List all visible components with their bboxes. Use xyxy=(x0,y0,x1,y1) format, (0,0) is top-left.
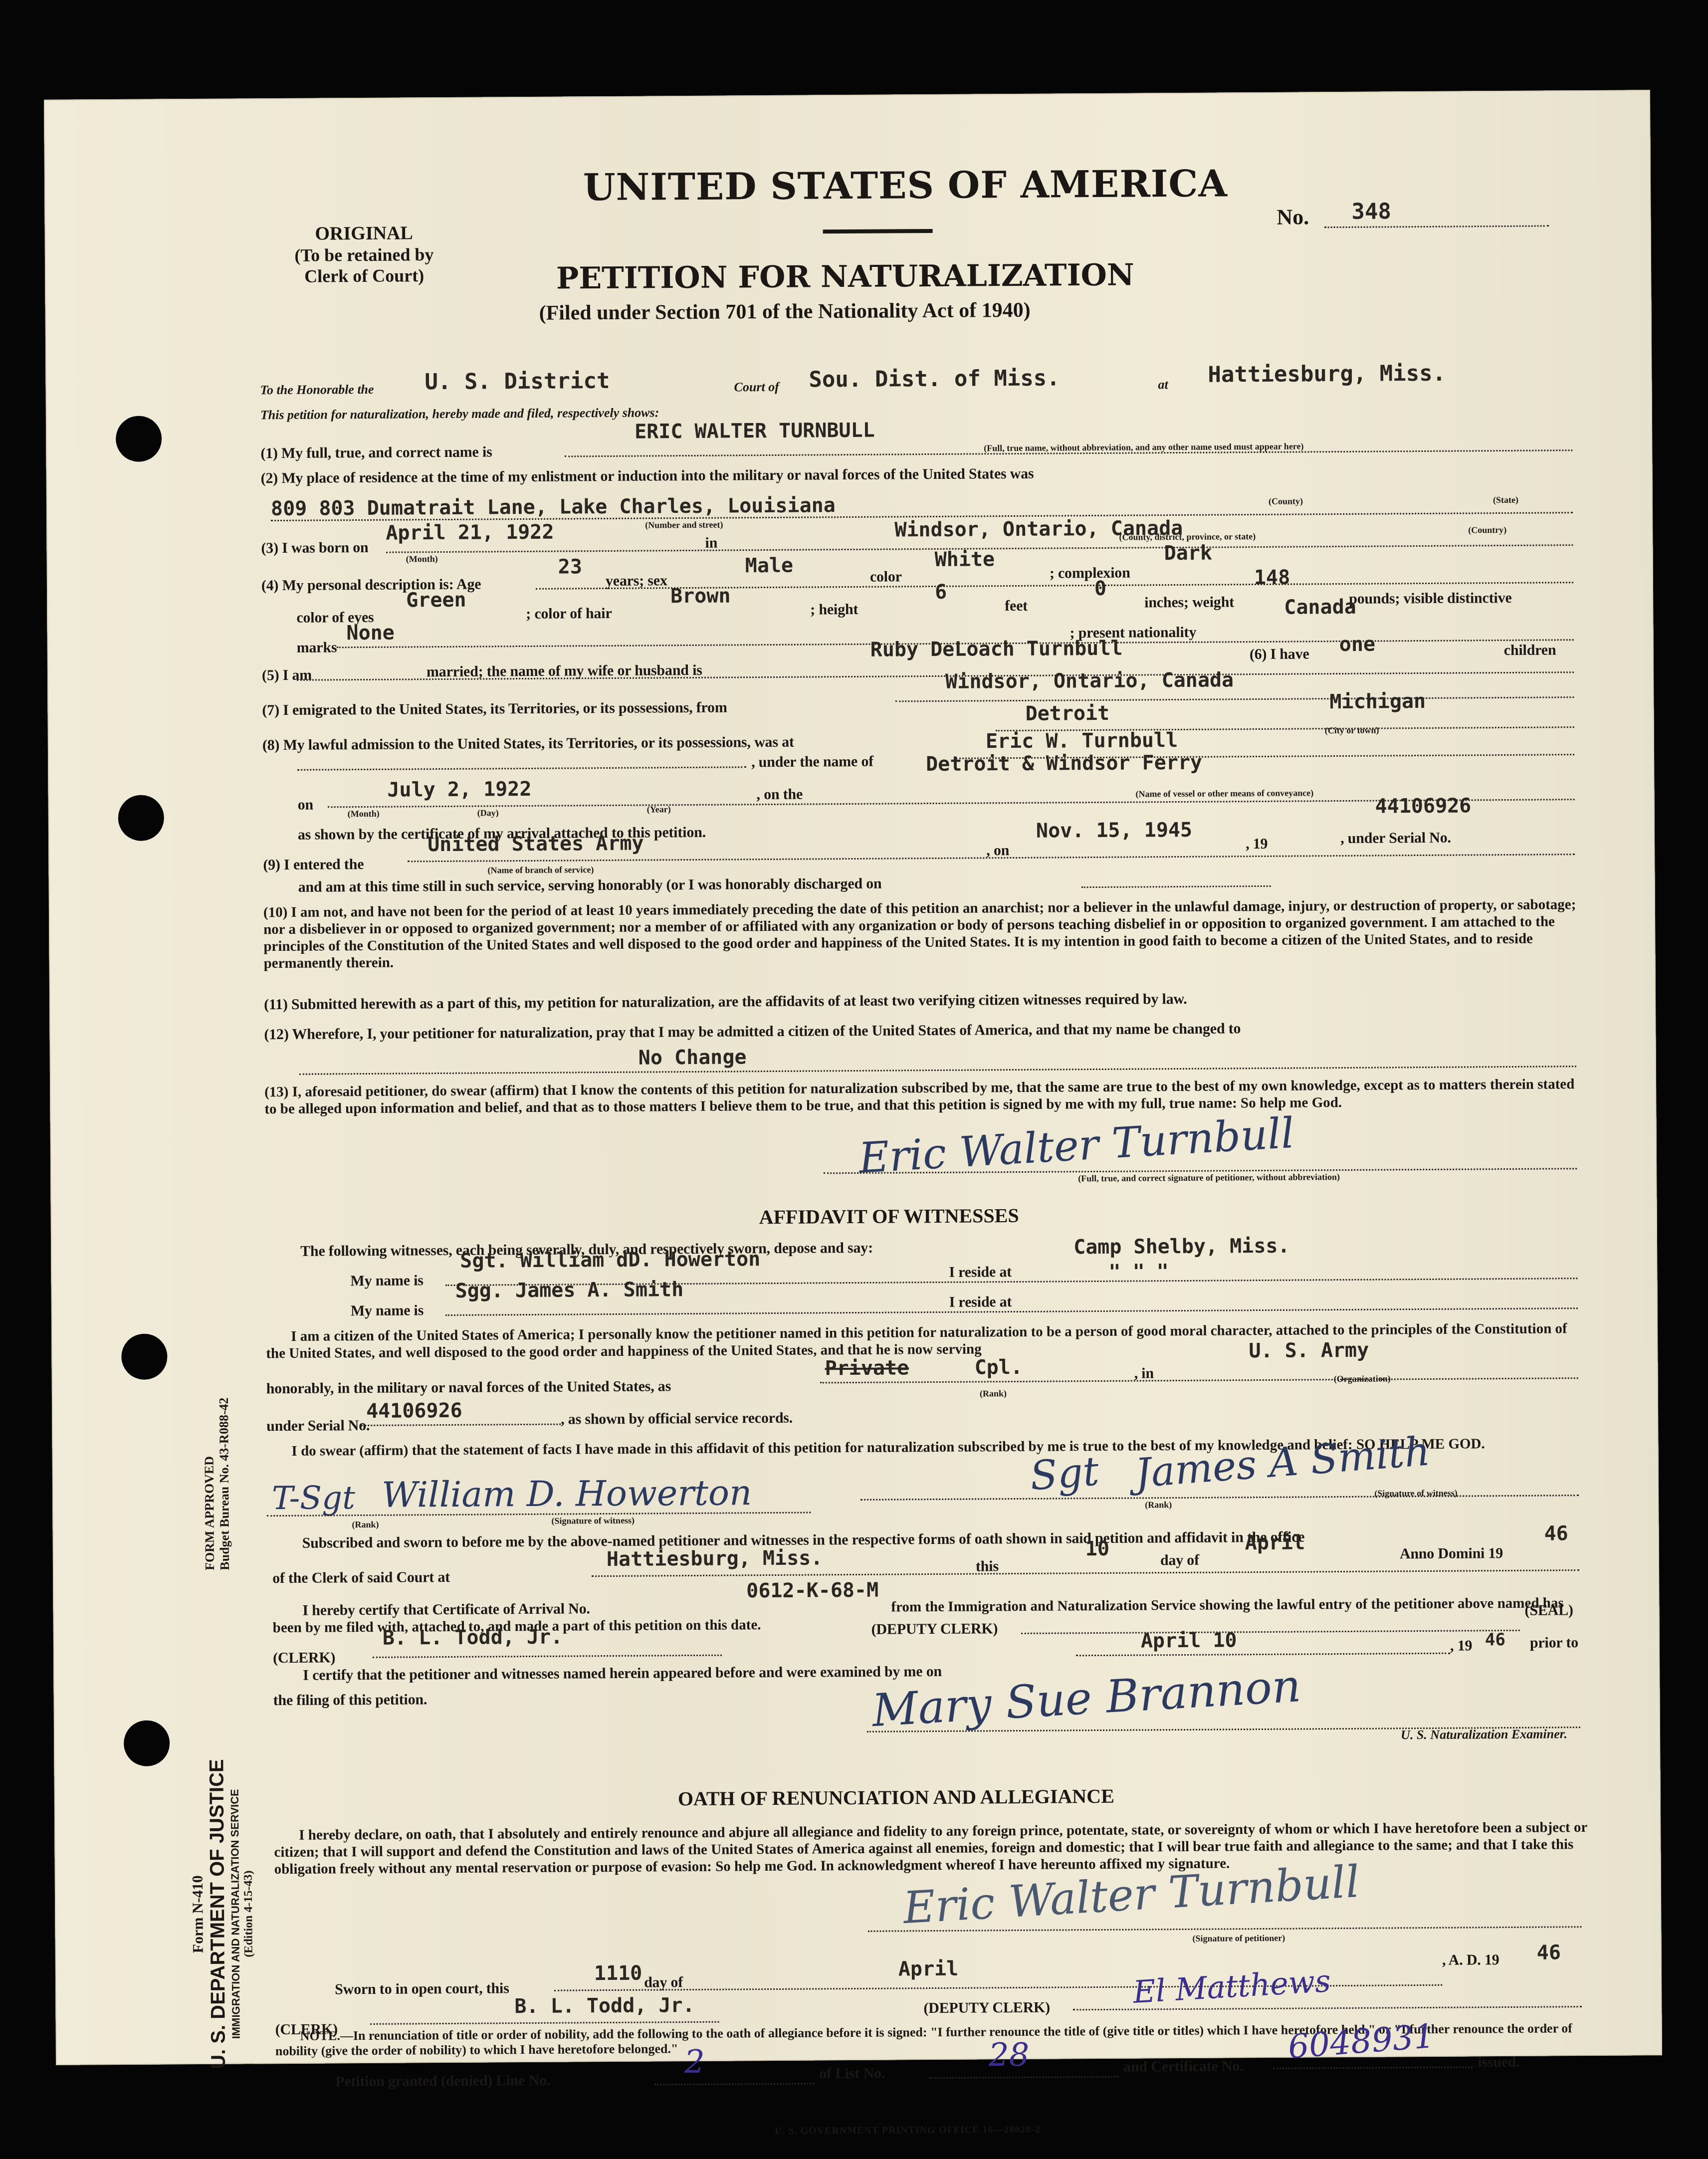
q1-label: (1) My full, true, and correct name is xyxy=(260,443,492,462)
clerk-line xyxy=(373,1655,722,1658)
honorably-label: honorably, in the military or naval forc… xyxy=(266,1378,671,1397)
court-value: U. S. District xyxy=(425,368,610,395)
children-value: one xyxy=(1339,633,1376,656)
day-of-label: day of xyxy=(1160,1552,1199,1569)
marks-label: marks xyxy=(297,639,337,656)
certificate-label: and Certificate No. xyxy=(1123,2058,1244,2075)
eyes-value: Green xyxy=(406,589,466,612)
at-value: Hattiesburg, Miss. xyxy=(1208,361,1446,388)
weight-value: 148 xyxy=(1254,566,1290,589)
residence-value: 809 803 Dumatrait Lane, Lake Charles, Lo… xyxy=(271,494,836,520)
oath-deputy-label: (DEPUTY CLERK) xyxy=(923,1999,1050,2017)
original-block: ORIGINAL (To be retained by Clerk of Cou… xyxy=(259,222,469,287)
witness2-name-label: My name is xyxy=(351,1302,424,1319)
at-label: at xyxy=(1158,377,1168,392)
examined-date: April 10 xyxy=(1141,1629,1237,1652)
inches-value: 0 xyxy=(1094,577,1106,600)
q9-branch-caption: (Name of branch of service) xyxy=(487,864,594,875)
affidavit-heading: AFFIDAVIT OF WITNESSES xyxy=(759,1204,1019,1229)
color-value: White xyxy=(935,548,995,571)
rank-caption: (Rank) xyxy=(980,1388,1007,1399)
list-number-line xyxy=(929,2076,1118,2079)
inches-weight-label: inches; weight xyxy=(1144,594,1234,611)
service-note: and am at this time still in such servic… xyxy=(298,875,882,896)
punch-hole xyxy=(121,1333,168,1380)
line-number: 2 xyxy=(684,2044,705,2081)
admission-state-value: Michigan xyxy=(1329,690,1426,713)
q9-19-label: , 19 xyxy=(1246,836,1268,853)
printer-imprint: U. S. GOVERNMENT PRINTING OFFICE 16—2802… xyxy=(775,2124,1041,2137)
witness1-name-label: My name is xyxy=(350,1272,424,1290)
witness1-signature: William D. Howerton xyxy=(382,1472,752,1515)
oath-clerk-line xyxy=(370,2021,719,2025)
rank-line xyxy=(820,1377,1578,1383)
q3-caption-country: (Country) xyxy=(1468,525,1506,535)
witness1-name: Sgt. William dD. Howerton xyxy=(460,1248,760,1273)
nationality-value: Canada xyxy=(1284,596,1356,619)
q3-caption-month: (Month) xyxy=(406,554,438,564)
witness1-reside-label: I reside at xyxy=(949,1264,1012,1281)
examined-text: I certify that the petitioner and witnes… xyxy=(303,1663,942,1684)
complexion-value: Dark xyxy=(1164,542,1212,565)
q7-label: (7) I emigrated to the United States, it… xyxy=(262,699,727,719)
intro-line: This petition for naturalization, hereby… xyxy=(260,405,659,423)
witness1-signature-caption: (Signature of witness) xyxy=(551,1515,635,1526)
age-value: 23 xyxy=(558,555,582,578)
q2-label: (2) My place of residence at the time of… xyxy=(261,465,1034,487)
hair-value: Brown xyxy=(670,584,731,608)
serial-label: under Serial No. xyxy=(266,1417,370,1435)
witness2-rank-signature: Sgt xyxy=(1029,1448,1101,1499)
form-approved-label: FORM APPROVED xyxy=(202,1398,217,1570)
ad-label: , A. D. 19 xyxy=(1442,1951,1499,1969)
examined-19: , 19 xyxy=(1450,1637,1472,1654)
clerk-name: B. L. Todd, Jr. xyxy=(383,1626,563,1650)
q9-label: (9) I entered the xyxy=(263,856,364,873)
clerk-court-place: Hattiesburg, Miss. xyxy=(607,1546,823,1571)
prior-to-label: prior to xyxy=(1530,1634,1578,1652)
issued-label: issued. xyxy=(1478,2054,1520,2071)
sworn-label: Sworn to in open court, this xyxy=(335,1980,509,1998)
q1-caption: (Full, true name, without abbreviation, … xyxy=(984,441,1303,453)
seal-label: (SEAL) xyxy=(1524,1602,1573,1619)
under-name-value: Eric W. Turnbull xyxy=(986,729,1178,753)
clerk-court-line xyxy=(592,1569,1579,1577)
service-date-value: Nov. 15, 1945 xyxy=(1036,819,1192,843)
court-of-label: Court of xyxy=(734,380,779,395)
spouse-value: Ruby DeLoach Turnbull xyxy=(870,637,1123,661)
q3-in-label: in xyxy=(705,535,717,552)
examined-year: 46 xyxy=(1485,1630,1505,1650)
affidavit-serial-value: 44106926 xyxy=(366,1399,462,1423)
serial-value: 44106926 xyxy=(1375,794,1472,818)
list-number: 28 xyxy=(989,2037,1030,2074)
q8-caption-month: (Month) xyxy=(348,809,380,819)
q8-caption-city: (City or town) xyxy=(1325,725,1379,736)
feet-value: 6 xyxy=(935,581,947,604)
citizen-text: I am a citizen of the United States of A… xyxy=(266,1320,1583,1362)
oath-heading: OATH OF RENUNCIATION AND ALLEGIANCE xyxy=(678,1784,1114,1810)
form-approved-text: FORM APPROVED Budget Bureau No. 43-R088-… xyxy=(202,1397,232,1570)
height-label: ; height xyxy=(810,601,858,619)
witness2-residence: " " " xyxy=(1108,1260,1169,1284)
petition-subtitle: (Filed under Section 701 of the National… xyxy=(539,298,1030,325)
pounds-label: pounds; visible distinctive xyxy=(1349,590,1512,608)
birth-date-value: April 21, 1922 xyxy=(386,521,554,545)
sworn-month: April xyxy=(898,1957,959,1981)
department-name: U. S. DEPARTMENT OF JUSTICE xyxy=(206,1759,230,2069)
original-note-2: Clerk of Court) xyxy=(259,265,469,287)
petition-title: PETITION FOR NATURALIZATION xyxy=(556,258,1134,296)
q2-caption-county: (County) xyxy=(1269,496,1303,506)
number-line xyxy=(1324,225,1549,228)
budget-bureau-label: Budget Bureau No. 43-R088-42 xyxy=(216,1397,232,1570)
year-value: 46 xyxy=(1544,1522,1568,1545)
on-the-label: , on the xyxy=(756,786,803,804)
serial-note: , as shown by official service records. xyxy=(561,1410,793,1428)
deputy-clerk-label: (DEPUTY CLERK) xyxy=(871,1620,998,1638)
admission-city-value: Detroit xyxy=(1025,702,1109,725)
q12-text: (12) Wherefore, I, your petitioner for n… xyxy=(264,1020,1241,1043)
list-label: of List No. xyxy=(819,2065,885,2083)
hair-label: ; color of hair xyxy=(526,605,612,623)
q8-caption-vessel: (Name of vessel or other means of convey… xyxy=(1135,788,1313,799)
sex-value: Male xyxy=(745,554,794,578)
service-branch-value: United States Army xyxy=(427,832,644,857)
original-label: ORIGINAL xyxy=(259,222,469,245)
witness2-reside-label: I reside at xyxy=(949,1294,1012,1311)
petition-number: 348 xyxy=(1351,199,1391,224)
day-value: 10 xyxy=(1085,1537,1109,1560)
court-of-value: Sou. Dist. of Miss. xyxy=(809,365,1060,392)
q8-label: (8) My lawful admission to the United St… xyxy=(262,734,794,754)
examiner-caption: U. S. Naturalization Examiner. xyxy=(1401,1727,1567,1742)
witness1-rank-caption: (Rank) xyxy=(352,1519,379,1530)
q8-caption-year: (Year) xyxy=(647,804,671,815)
organization-value: U. S. Army xyxy=(1249,1339,1369,1362)
witness2-rank-caption: (Rank) xyxy=(1145,1500,1172,1510)
punch-hole xyxy=(124,1720,170,1766)
sworn-day: 1110 xyxy=(594,1962,642,1985)
discharge-line xyxy=(1081,885,1271,888)
form-number: Form N-410 xyxy=(189,1759,208,2069)
witness2-name: Sgg. James A. Smith xyxy=(455,1278,683,1302)
country-heading: UNITED STATES OF AMERICA xyxy=(583,162,1228,209)
examined-line xyxy=(1076,1653,1450,1657)
color-label: color xyxy=(870,568,902,585)
q5-label: (5) I am xyxy=(262,667,312,684)
q3-label: (3) I was born on xyxy=(261,539,368,557)
q11-text: (11) Submitted herewith as a part of thi… xyxy=(264,991,1187,1013)
q10-text: (10) I am not, and have not been for the… xyxy=(263,896,1581,972)
filing-text: the filing of this petition. xyxy=(273,1691,427,1709)
punch-hole xyxy=(118,795,165,841)
marks-value: None xyxy=(346,622,395,645)
vessel-value: Detroit & Windsor Ferry xyxy=(926,751,1202,776)
oath-clerk-name: B. L. Todd, Jr. xyxy=(514,1994,695,2018)
q6-label: (6) I have xyxy=(1250,646,1309,663)
certificate-line xyxy=(1273,2066,1473,2069)
clerk-label: (CLERK) xyxy=(273,1649,335,1667)
to-honorable-label: To the Honorable the xyxy=(260,382,374,398)
department-block: Form N-410 U. S. DEPARTMENT OF JUSTICE I… xyxy=(189,1759,256,2069)
original-note-1: (To be retained by xyxy=(259,244,469,266)
witness2-signature-caption: (Signature of witness) xyxy=(1374,1488,1458,1499)
serial-label: , under Serial No. xyxy=(1340,830,1451,847)
oath-text: I hereby declare, on oath, that I absolu… xyxy=(274,1819,1591,1878)
q8-on-label: on xyxy=(298,797,314,814)
oath-signature-caption: (Signature of petitioner) xyxy=(1192,1933,1285,1944)
month-value: April xyxy=(1245,1531,1305,1554)
q8-name-line-pre xyxy=(297,766,746,770)
service-name: IMMIGRATION AND NATURALIZATION SERVICE xyxy=(228,1759,243,2069)
q8-caption-day: (Day) xyxy=(477,808,499,818)
document-page: UNITED STATES OF AMERICA ORIGINAL (To be… xyxy=(44,90,1662,2065)
deputy-clerk-signature: El Matthews xyxy=(1132,1962,1331,2010)
q7-line xyxy=(895,696,1574,702)
witness1-residence: Camp Shelby, Miss. xyxy=(1073,1235,1290,1259)
rank-struck: Private xyxy=(825,1356,909,1380)
heading-rule xyxy=(823,229,933,233)
line-number-line xyxy=(654,2083,814,2086)
q13-signature-caption: (Full, true, and correct signature of pe… xyxy=(1078,1172,1340,1184)
feet-label: feet xyxy=(1005,598,1028,615)
q2-caption-street: (Number and street) xyxy=(645,520,723,531)
complexion-label: ; complexion xyxy=(1050,565,1130,582)
witness1-rank-signature: T-Sgt xyxy=(272,1480,355,1517)
full-name-value: ERIC WALTER TURNBULL xyxy=(635,419,875,443)
under-name-label: , under the name of xyxy=(751,753,873,771)
sworn-year: 46 xyxy=(1537,1941,1561,1964)
punch-hole xyxy=(116,416,162,462)
q13-text: (13) I, aforesaid petitioner, do swear (… xyxy=(264,1076,1581,1117)
granted-label: Petition granted (denied) Line No. xyxy=(335,2072,550,2091)
emigrated-from-value: Windsor, Ontario, Canada xyxy=(945,668,1234,693)
clerk-court-label: of the Clerk of said Court at xyxy=(272,1569,450,1587)
edition-label: (Edition 4-15-43) xyxy=(241,1759,256,2069)
witness2-signature-line xyxy=(860,1495,1579,1501)
q2-caption-state: (State) xyxy=(1493,495,1518,505)
q12-line xyxy=(299,1066,1576,1075)
children-label: children xyxy=(1504,642,1556,659)
anno-label: Anno Domini 19 xyxy=(1400,1545,1503,1562)
name-change-value: No Change xyxy=(639,1046,747,1069)
affidavit-serial-line xyxy=(361,1424,561,1426)
number-label: No. xyxy=(1277,204,1309,229)
admission-date-value: July 2, 1922 xyxy=(387,778,531,802)
rank-value: Cpl. xyxy=(974,1356,1023,1379)
q3-caption-county: (County, district, province, or state) xyxy=(1119,531,1256,543)
